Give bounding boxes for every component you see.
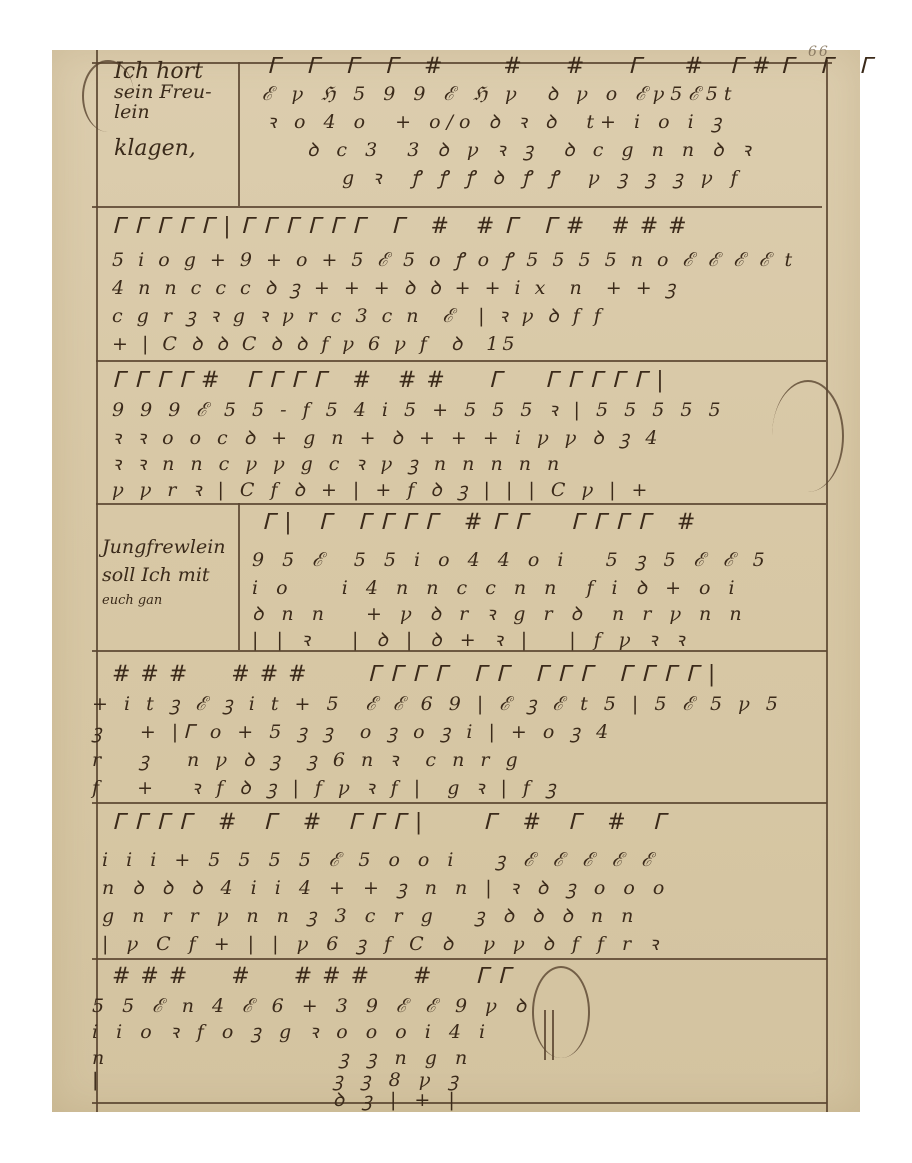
left-margin-rule xyxy=(96,50,98,1112)
title-box-rule xyxy=(238,62,240,206)
title-line: klagen, xyxy=(114,137,212,160)
section-end-flourish xyxy=(772,380,844,492)
title-line: Jungfrewlein xyxy=(102,538,226,558)
tab-line: ꝫ + |ᒥ o + 5 ꝫ ꝫ o ꝫ o ꝫ i | + o ꝫ 4 xyxy=(92,718,613,744)
final-barline xyxy=(552,1010,554,1060)
rhythm-line: ### ### ᒥᒥᒥᒥ ᒥᒥ ᒥᒥᒥ ᒥᒥᒥᒥ| xyxy=(112,662,725,687)
rhythm-line: ᒥᒥᒥᒥᒥ|ᒥᒥᒥᒥᒥᒥ ᒥ # #ᒥ ᒥ# ### xyxy=(112,214,697,239)
rhythm-line: ### # ### # ᒥᒥ xyxy=(112,964,520,989)
rhythm-line: ᒥᒥᒥᒥ # ᒥ # ᒥᒥᒥ| ᒥ # ᒥ # ᒥ xyxy=(112,810,675,835)
right-margin-rule xyxy=(826,60,828,1112)
title-flourish xyxy=(82,60,134,132)
final-barline xyxy=(544,1010,546,1060)
tab-line: g n r r ꝩ n n ꝫ 3 c r g ꝫ ꝺ ꝺ ꝺ n n xyxy=(102,902,639,928)
tab-line: g ꝛ ꝭ ꝭ ꝭ ꝺ ꝭ ꝭ ꝩ ꝫ ꝫ ꝫ ꝩ f xyxy=(342,164,744,190)
system-rule xyxy=(96,503,826,505)
tab-line: ꝩ ꝩ r ꝛ | C f ꝺ + | + f ꝺ ꝫ | | | C ꝩ | … xyxy=(112,476,652,502)
piece-title-2: Jungfrewlein soll Ich mit euch gan xyxy=(102,538,226,608)
system-rule xyxy=(92,206,822,208)
tab-line: ꝛ o 4 o + o/o ꝺ ꝛ ꝺ t+ i o i ꝫ xyxy=(267,108,727,134)
rhythm-line: ᒥ ᒥ ᒥ ᒥ # # # ᒥ # ᒥ#ᒥ ᒥ ᒥ xyxy=(267,54,881,79)
rhythm-line: ᒥ| ᒥ ᒥᒥᒥᒥ #ᒥᒥ ᒥᒥᒥᒥ # xyxy=(262,510,705,535)
tab-line: c g r ꝫ ꝛ g ꝛ ꝩ r c 3 c n ℰ | ꝛ ꝩ ꝺ f f xyxy=(112,302,605,328)
system-rule xyxy=(96,360,826,362)
tab-line: i i i + 5 5 5 5 ℰ 5 o o i ꝫ ℰ ℰ ℰ ℰ ℰ xyxy=(102,846,659,872)
tab-line: f + ꝛ f ꝺ ꝫ | f ꝩ ꝛ f | g ꝛ | f ꝫ xyxy=(92,774,561,800)
manuscript-page: Ich hort sein Freu- lein klagen, Jungfre… xyxy=(52,50,860,1112)
title-line: soll Ich mit xyxy=(102,566,226,586)
tab-line: 9 5 ℰ 5 5 i o 4 4 o i 5 ꝫ 5 ℰ ℰ 5 xyxy=(252,546,771,572)
tab-line: ꝺ n n + ꝩ ꝺ r ꝛ g r ꝺ n r ꝩ n n xyxy=(252,600,748,626)
tab-line: ꝺ c 3 3 ꝺ ꝩ ꝛ ꝫ ꝺ c g n n ꝺ ꝛ xyxy=(307,136,757,162)
tab-line: 5 i o g + 9 + o + 5 ℰ 5 o ꝭ o ꝭ 5 5 5 5 … xyxy=(112,246,796,272)
tab-line: r ꝫ n ꝩ ꝺ ꝫ ꝫ 6 n ꝛ c n r g xyxy=(92,746,523,772)
tab-line: i i o ꝛ f o ꝫ g ꝛ o o o i 4 i xyxy=(92,1018,491,1044)
tab-line: + | C ꝺ ꝺ C ꝺ ꝺ f ꝩ 6 ꝩ f ꝺ 15 xyxy=(112,330,518,356)
rhythm-line: ᒥᒥᒥᒥ# ᒥᒥᒥᒥ # ## ᒥ ᒥᒥᒥᒥᒥ| xyxy=(112,368,674,393)
tab-line: 5 5 ℰ n 4 ℰ 6 + 3 9 ℰ ℰ 9 ꝩ ꝺ xyxy=(92,992,532,1018)
tab-line: ꝺ ꝫ | + | xyxy=(92,1086,461,1112)
system-rule xyxy=(92,958,827,960)
tab-line: + i t ꝫ ℰ ꝫ i t + 5 ℰ ℰ 6 9 | ℰ ꝫ ℰ t 5 … xyxy=(92,690,783,716)
tab-line: i o i 4 n n c c n n f i ꝺ + o i xyxy=(252,574,741,600)
final-fermata-flourish xyxy=(532,966,590,1058)
tab-line: | | ꝛ | ꝺ | ꝺ + ꝛ | | f ꝩ ꝛ ꝛ xyxy=(252,626,690,652)
title-box-rule xyxy=(238,503,240,650)
tab-line: 9 9 9 ℰ 5 5 - f 5 4 i 5 + 5 5 5 ꝛ | 5 5 … xyxy=(112,396,726,422)
system-rule xyxy=(92,802,827,804)
title-line: euch gan xyxy=(102,594,226,608)
tab-line: n ꝺ ꝺ ꝺ 4 i i 4 + + ꝫ n n | ꝛ ꝺ ꝫ o o o xyxy=(102,874,670,900)
tab-line: 4 n n c c c ꝺ ꝫ + + + ꝺ ꝺ + + i x n + + … xyxy=(112,274,679,300)
tab-line: ℰ ꝩ ℌ 5 9 9 ℰ ℌ ꝩ ꝺ ꝩ o ℰꝩ5ℰ5t xyxy=(262,80,738,106)
tab-line: ꝛ ꝛ o o c ꝺ + g n + ꝺ + + + i ꝩ ꝩ ꝺ ꝫ 4 xyxy=(112,424,663,450)
tab-line: ꝛ ꝛ n n c ꝩ ꝩ g c ꝛ ꝩ ꝫ n n n n n xyxy=(112,450,564,476)
tab-line: | ꝩ C f + | | ꝩ 6 ꝫ f C ꝺ ꝩ ꝩ ꝺ f f r ꝛ xyxy=(102,930,664,956)
